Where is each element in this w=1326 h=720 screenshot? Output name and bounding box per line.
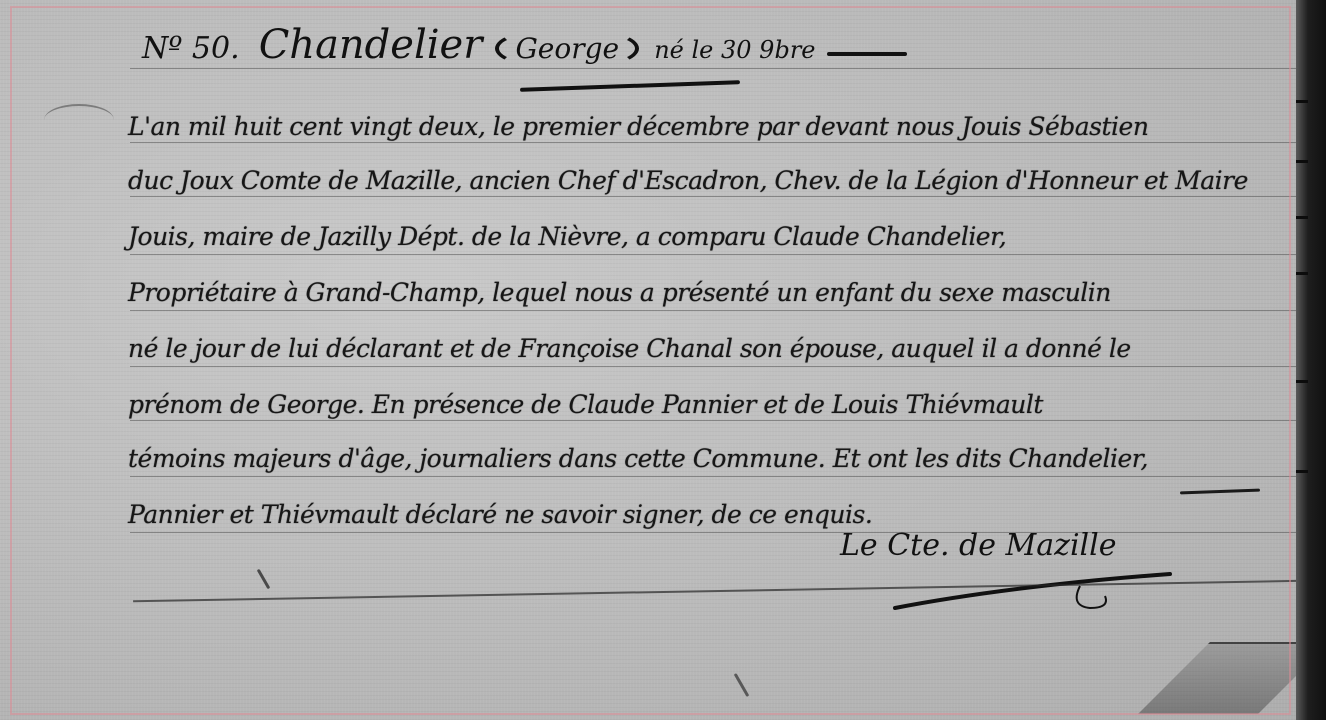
entry-given-name: George <box>495 28 639 69</box>
ruled-line <box>130 310 1300 311</box>
heading-underline <box>520 80 740 92</box>
record-line-3: Jouis, maire de Jazilly Dépt. de la Nièv… <box>128 222 1006 251</box>
closing-dash <box>1180 489 1260 495</box>
record-line-2: duc Joux Comte de Mazille, ancien Chef d… <box>128 166 1248 195</box>
ink-mark <box>257 569 271 590</box>
record-line-8: Pannier et Thiévmault déclaré ne savoir … <box>128 500 872 529</box>
ruled-line <box>130 532 1300 533</box>
record-line-7: témoins majeurs d'âge, journaliers dans … <box>128 444 1148 473</box>
ruled-line <box>130 366 1300 367</box>
ruled-line <box>130 254 1300 255</box>
ruled-line <box>130 420 1300 421</box>
margin-pencil-mark <box>44 104 114 136</box>
ruled-line <box>130 476 1300 477</box>
record-line-1: L'an mil huit cent vingt deux, le premie… <box>128 112 1148 141</box>
entry-surname: Chandelier <box>259 22 483 68</box>
entry-number: Nº 50. <box>142 31 240 66</box>
ink-mark <box>734 673 750 697</box>
mayor-signature: Le Cte. de Mazille <box>840 528 1117 563</box>
signature-flourish <box>890 566 1190 616</box>
heading-dash <box>827 52 907 56</box>
ruled-line <box>130 68 1300 69</box>
record-line-5: né le jour de lui déclarant et de Franço… <box>128 334 1131 363</box>
record-line-4: Propriétaire à Grand-Champ, lequel nous … <box>128 278 1111 307</box>
entry-heading: Nº 50. Chandelier George né le 30 9bre <box>142 22 907 68</box>
book-binding-edge <box>1296 0 1326 720</box>
ruled-line <box>130 142 1300 143</box>
scanned-register-page: Nº 50. Chandelier George né le 30 9bre L… <box>0 0 1326 720</box>
entry-birth-date: né le 30 9bre <box>654 36 815 64</box>
ruled-line <box>130 196 1300 197</box>
record-line-6: prénom de George. En présence de Claude … <box>128 390 1043 419</box>
